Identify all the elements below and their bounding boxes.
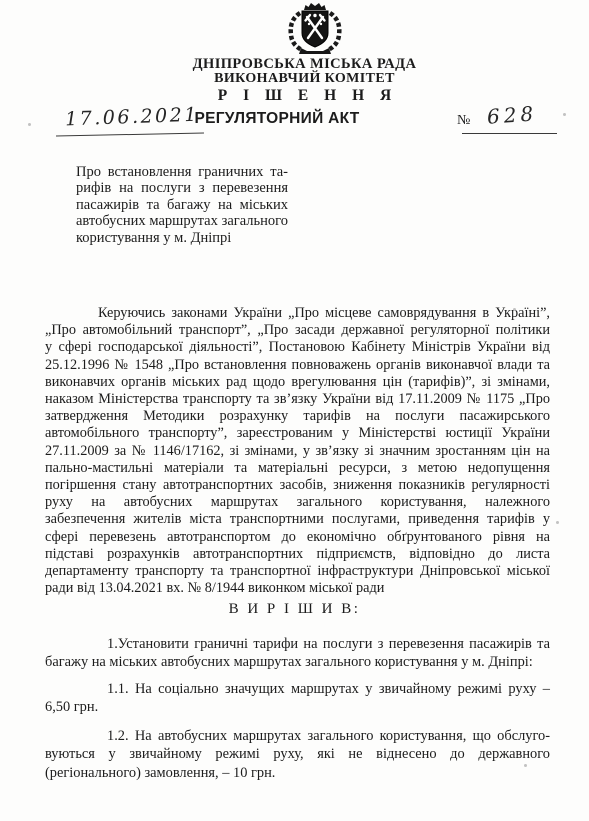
text-line: ради від 13.04.2021 вх. № 8/1944 виконко… xyxy=(45,580,550,597)
text-line: сфері перевезень автотранспортом до екон… xyxy=(45,529,550,546)
text-line: 6,50 грн. xyxy=(45,698,550,716)
text-line: автомобільного транспорту”, зареєстрован… xyxy=(45,425,550,442)
text-line: забезпечення жителів міста транспортними… xyxy=(45,511,550,528)
preamble-paragraph: Керуючись законами України „Про місцеве … xyxy=(45,305,550,597)
text-line: багажу на міських автобусних маршрутах з… xyxy=(45,653,550,671)
text-line: наказом Міністерства транспорту та зв’яз… xyxy=(45,391,550,408)
text-line: рифів на послуги з перевезення xyxy=(76,180,288,196)
text-line: 25.12.1996 № 1548 „Про встановлення повн… xyxy=(45,357,550,374)
text-line: департаменту транспорту та транспортної … xyxy=(45,563,550,580)
subject-block: Про встановлення граничних та-рифів на п… xyxy=(76,164,288,246)
text-line: користування у м. Дніпрі xyxy=(76,230,288,246)
scan-speck xyxy=(556,521,559,524)
text-line: Про встановлення граничних та- xyxy=(76,164,288,180)
regulatory-act-label: РЕГУЛЯТОРНИЙ АКТ xyxy=(0,110,554,128)
text-line: 1.Установити граничні тарифи на послуги … xyxy=(45,635,550,653)
resolution-paragraph-1-2: 1.2. На автобусних маршрутах загального … xyxy=(45,727,550,782)
text-line: 1.2. На автобусних маршрутах загального … xyxy=(45,727,550,745)
number-underline xyxy=(462,133,557,134)
text-line: (регіонального) замовлення, – 10 грн. xyxy=(45,764,550,782)
text-line: 27.11.2009 за № 1146/17162, зі змінами, … xyxy=(45,443,550,460)
resolution-heading: В И Р І Ш И В: xyxy=(0,601,589,618)
text-line: погіршення стану автотранспортних засобі… xyxy=(45,477,550,494)
scan-speck xyxy=(28,123,31,126)
resolution-paragraph-1: 1.Установити граничні тарифи на послуги … xyxy=(45,635,550,671)
text-line: вуються у звичайному режимі руху, які не… xyxy=(45,745,550,763)
handwritten-document-number: 628 xyxy=(486,101,538,128)
text-line: у сфері господарської діяльності”, Поста… xyxy=(45,339,550,356)
document-type-title: Р І Ш Е Н Н Я xyxy=(0,87,589,105)
date-underline xyxy=(56,132,204,136)
text-line: виконавчих органів міських рад щодо врег… xyxy=(45,374,550,391)
number-sign: № xyxy=(457,113,470,129)
text-line: пально-мастильні матеріали та матеріальн… xyxy=(45,460,550,477)
text-line: руху на автобусних маршрутах загального … xyxy=(45,494,550,511)
dnipro-coat-of-arms-icon xyxy=(280,1,350,63)
scan-speck xyxy=(513,308,516,311)
org-name-line2: ВИКОНАВЧИЙ КОМІТЕТ xyxy=(0,71,589,87)
resolution-paragraph-1-1: 1.1. На соціально значущих маршрутах у з… xyxy=(45,680,550,716)
text-line: затвердження Методики розрахунку тарифів… xyxy=(45,408,550,425)
scan-speck xyxy=(563,113,566,116)
scan-speck xyxy=(524,764,527,767)
text-line: підставі розрахунків автотранспортних пі… xyxy=(45,546,550,563)
text-line: Керуючись законами України „Про місцеве … xyxy=(45,305,550,322)
text-line: „Про автомобільний транспорт”, „Про заса… xyxy=(45,322,550,339)
text-line: пасажирів та багажу на міських xyxy=(76,197,288,213)
document-page: ДНІПРОВСЬКА МІСЬКА РАДА ВИКОНАВЧИЙ КОМІТ… xyxy=(0,0,589,821)
text-line: автобусних маршрутах загального xyxy=(76,213,288,229)
text-line: 1.1. На соціально значущих маршрутах у з… xyxy=(45,680,550,698)
